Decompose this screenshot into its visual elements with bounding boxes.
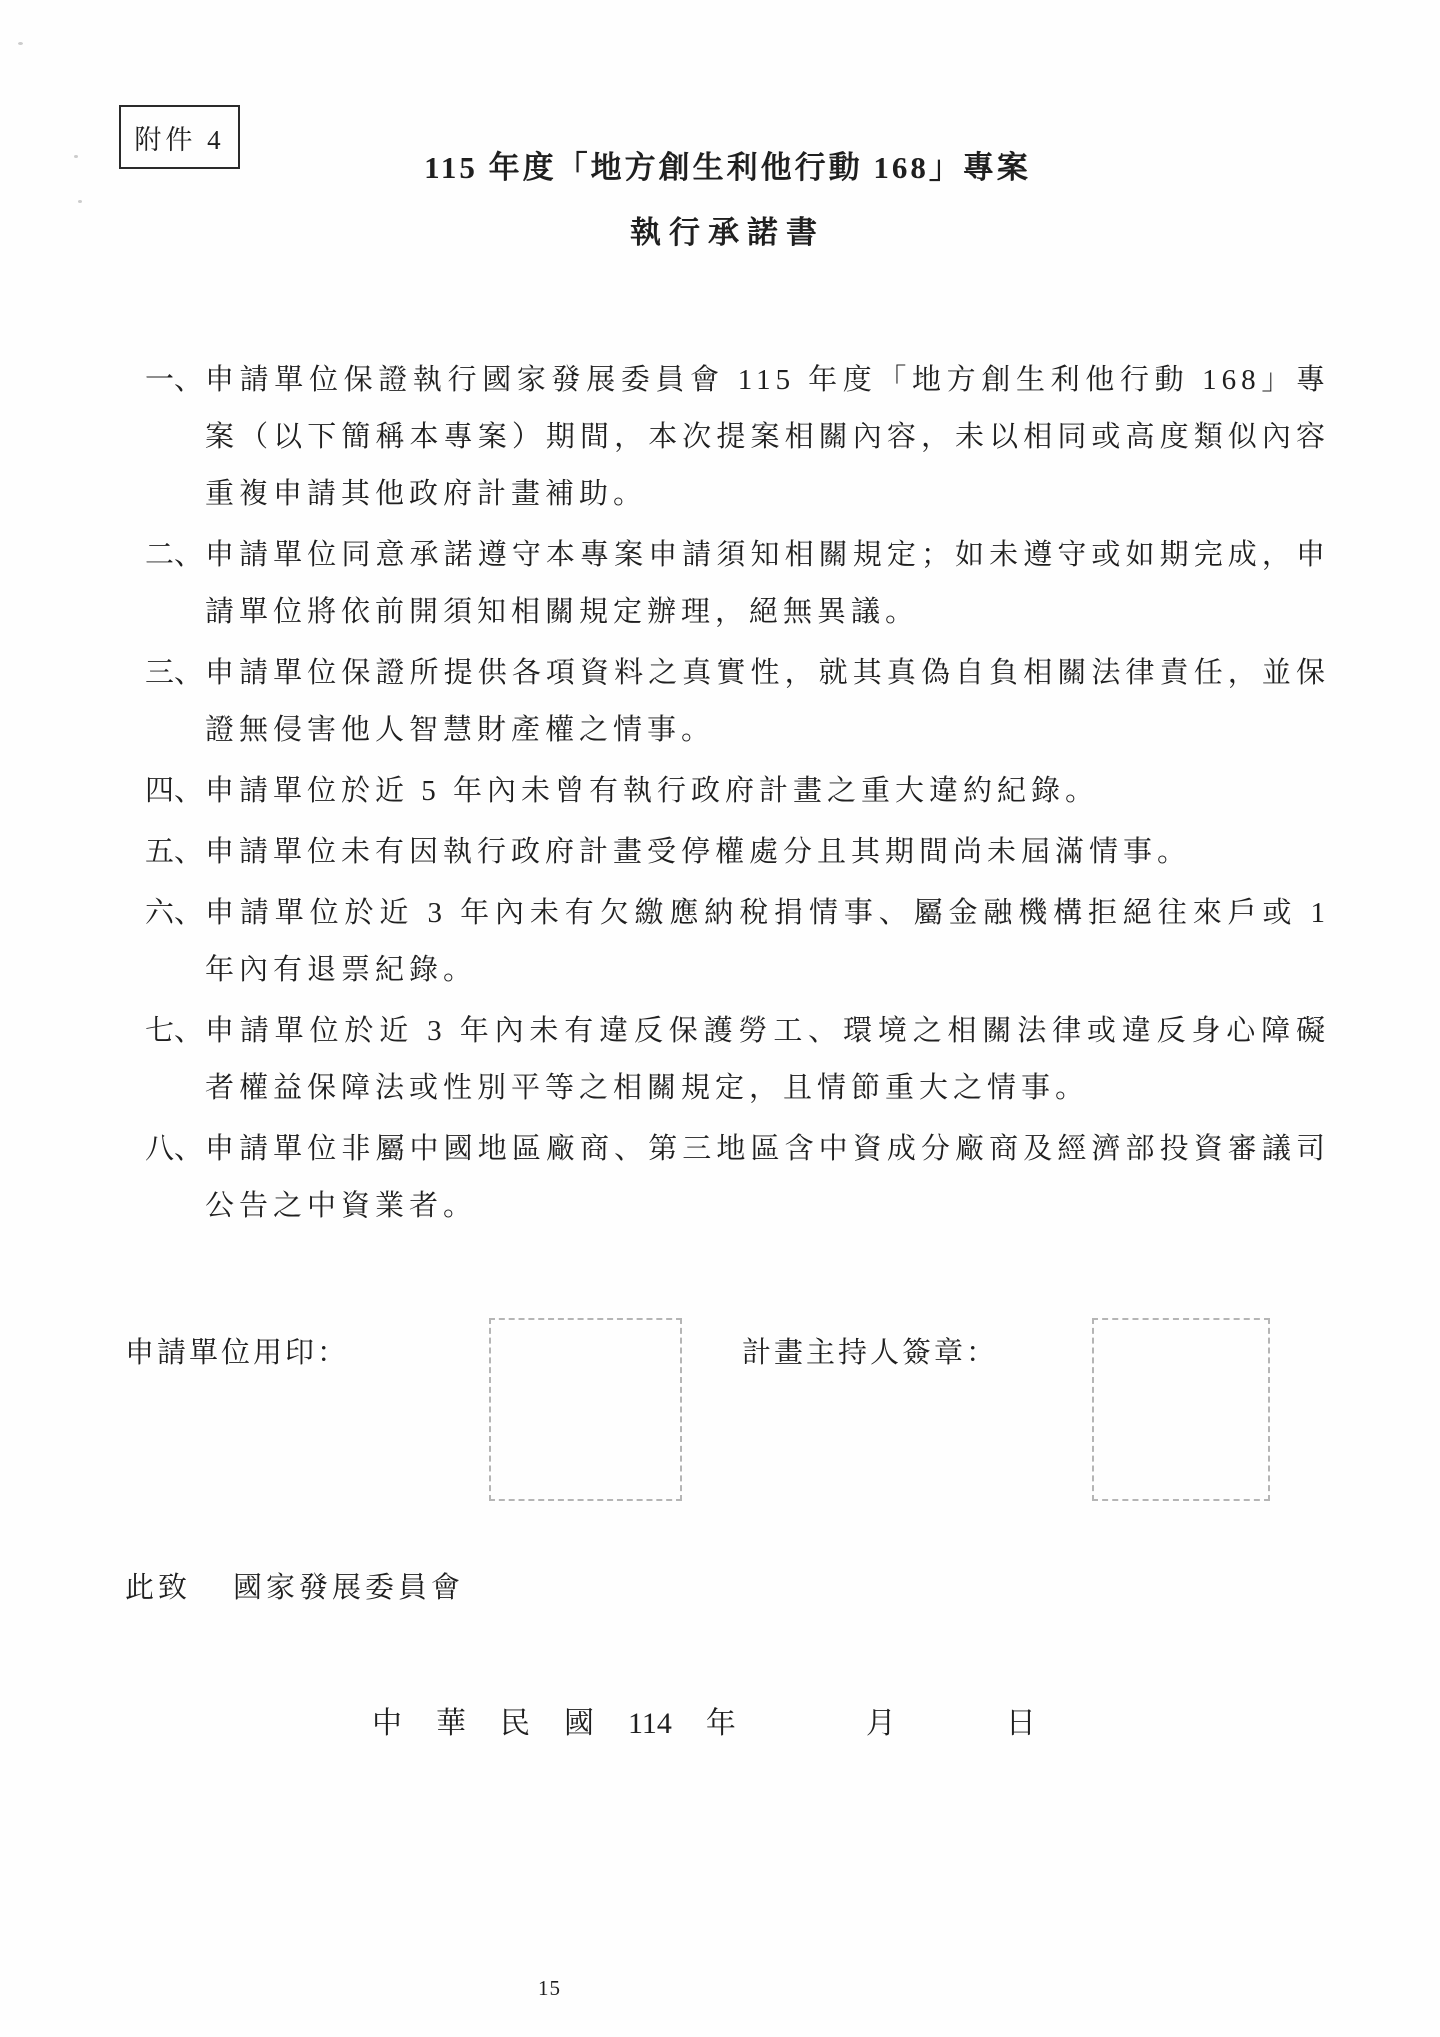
- closing-line: 此致國家發展委員會: [125, 1565, 464, 1606]
- item-marker: 六、: [145, 885, 203, 942]
- closing-word: 此致: [125, 1572, 191, 1604]
- applicant-seal-box: [489, 1318, 682, 1501]
- scan-speck: [74, 155, 78, 158]
- date-token: 華: [436, 1698, 466, 1742]
- item-text: 申請單位未有因執行政府計畫受停權處分且其期間尚未屆滿情事。: [205, 836, 1191, 868]
- date-year-unit: 年: [706, 1698, 736, 1742]
- item-text: 申請單位同意承諾遵守本專案申請須知相關規定；如未遵守或如期完成，申請單位將依前開…: [205, 539, 1330, 628]
- page-number: 15: [538, 1976, 561, 2001]
- list-item: 五、申請單位未有因執行政府計畫受停權處分且其期間尚未屆滿情事。: [145, 824, 1330, 881]
- item-text: 申請單位非屬中國地區廠商、第三地區含中資成分廠商及經濟部投資審議司公告之中資業者…: [205, 1133, 1330, 1222]
- date-month-unit: 月: [866, 1698, 896, 1742]
- item-text: 申請單位於近 5 年內未曾有執行政府計畫之重大違約紀錄。: [205, 775, 1099, 807]
- item-text: 申請單位保證所提供各項資料之真實性，就其真偽自負相關法律責任，並保證無侵害他人智…: [205, 657, 1330, 746]
- scan-speck: [78, 200, 82, 203]
- item-marker: 一、: [145, 352, 203, 409]
- date-token: 中: [372, 1698, 402, 1742]
- document-page: 附件 4 115 年度「地方創生利他行動 168」專案 執行承諾書 一、申請單位…: [0, 0, 1440, 2037]
- item-marker: 七、: [145, 1003, 203, 1060]
- title-block: 115 年度「地方創生利他行動 168」專案 執行承諾書: [125, 142, 1330, 252]
- date-year: 114: [628, 1707, 672, 1741]
- list-item: 六、申請單位於近 3 年內未有欠繳應納稅捐情事、屬金融機構拒絕往來戶或 1 年內…: [145, 885, 1330, 999]
- applicant-seal-label: 申請單位用印：: [125, 1330, 349, 1371]
- addressee: 國家發展委員會: [233, 1572, 464, 1604]
- document-subtitle: 執行承諾書: [125, 207, 1330, 252]
- item-marker: 二、: [145, 527, 203, 584]
- item-text: 申請單位於近 3 年內未有欠繳應納稅捐情事、屬金融機構拒絕往來戶或 1 年內有退…: [205, 897, 1330, 986]
- pi-signature-label: 計畫主持人簽章：: [742, 1330, 998, 1371]
- document-title: 115 年度「地方創生利他行動 168」專案: [125, 142, 1330, 187]
- item-marker: 八、: [145, 1121, 203, 1178]
- list-item: 二、申請單位同意承諾遵守本專案申請須知相關規定；如未遵守或如期完成，申請單位將依…: [145, 527, 1330, 641]
- item-marker: 三、: [145, 645, 203, 702]
- list-item: 七、申請單位於近 3 年內未有違反保護勞工、環境之相關法律或違反身心障礙者權益保…: [145, 1003, 1330, 1117]
- scan-speck: [18, 42, 23, 45]
- item-text: 申請單位於近 3 年內未有違反保護勞工、環境之相關法律或違反身心障礙者權益保障法…: [205, 1015, 1330, 1104]
- pi-signature-box: [1092, 1318, 1270, 1501]
- list-item: 八、申請單位非屬中國地區廠商、第三地區含中資成分廠商及經濟部投資審議司公告之中資…: [145, 1121, 1330, 1235]
- item-marker: 四、: [145, 763, 203, 820]
- date-token: 民: [500, 1698, 530, 1742]
- date-line: 中 華 民 國 114 年 月 日: [372, 1698, 1036, 1742]
- commitment-list: 一、申請單位保證執行國家發展委員會 115 年度「地方創生利他行動 168」專案…: [145, 352, 1330, 1239]
- list-item: 三、申請單位保證所提供各項資料之真實性，就其真偽自負相關法律責任，並保證無侵害他…: [145, 645, 1330, 759]
- item-text: 申請單位保證執行國家發展委員會 115 年度「地方創生利他行動 168」專案（以…: [205, 364, 1330, 510]
- date-day-unit: 日: [1006, 1698, 1036, 1742]
- list-item: 四、申請單位於近 5 年內未曾有執行政府計畫之重大違約紀錄。: [145, 763, 1330, 820]
- list-item: 一、申請單位保證執行國家發展委員會 115 年度「地方創生利他行動 168」專案…: [145, 352, 1330, 523]
- date-token: 國: [564, 1698, 594, 1742]
- item-marker: 五、: [145, 824, 203, 881]
